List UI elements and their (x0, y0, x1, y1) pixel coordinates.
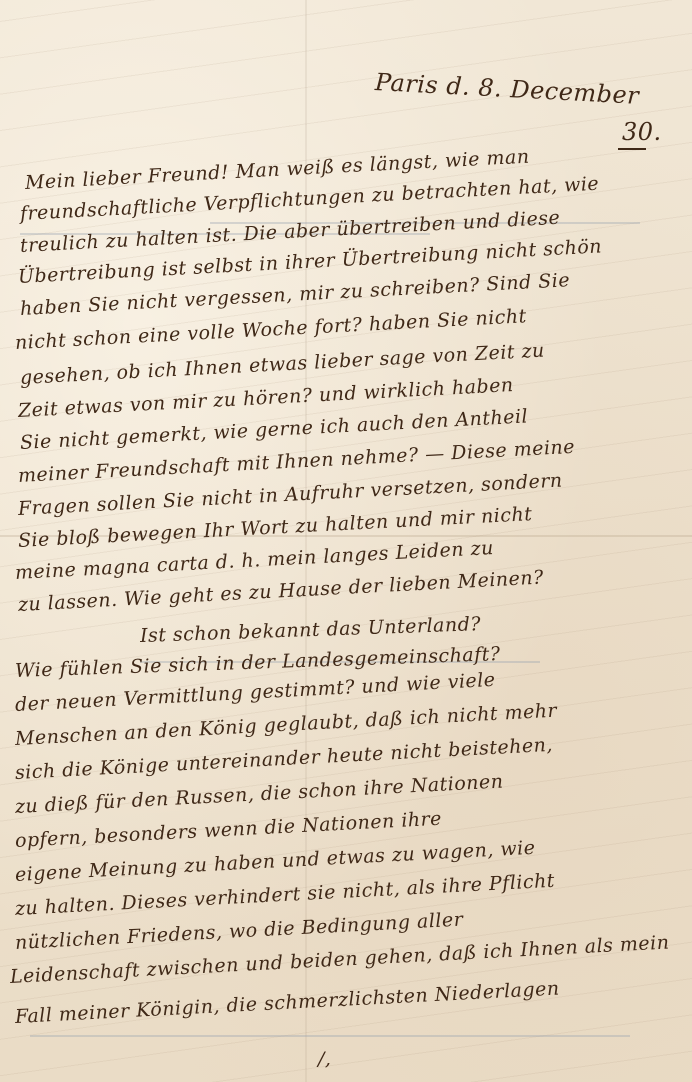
letter-line: Fall meiner Königin, die schmerzlichsten… (14, 977, 560, 1028)
letter-page: Paris d. 8. December 30. Mein lieber Fre… (0, 0, 692, 1082)
ruled-line (30, 1035, 630, 1037)
date-underline (618, 148, 646, 150)
date-line: Paris d. 8. December (374, 68, 640, 110)
page-end-mark: /, (318, 1048, 331, 1070)
date-year: 30. (622, 118, 662, 146)
letter-line: Ist schon bekannt das Unterland? (140, 613, 482, 647)
